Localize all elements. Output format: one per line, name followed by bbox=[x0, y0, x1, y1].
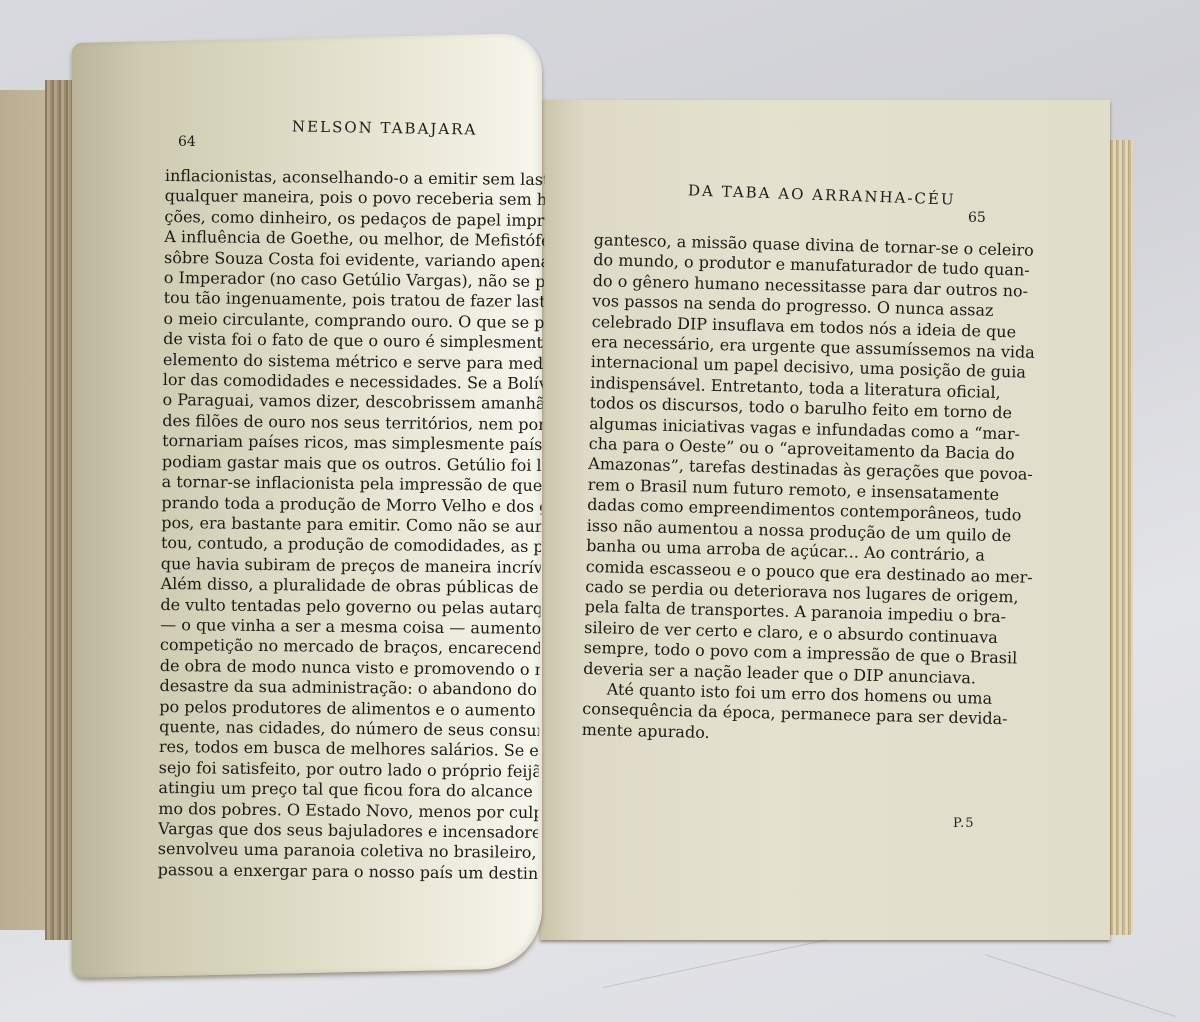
signature-mark: P.5 bbox=[953, 816, 975, 831]
text-line: passou a enxergar para o nosso país um d… bbox=[158, 860, 538, 884]
left-page-body: inflacionistas, aconselhando-o a emitir … bbox=[158, 166, 545, 884]
left-running-head: NELSON TABAJARA bbox=[292, 117, 478, 138]
right-page-number: 65 bbox=[968, 210, 986, 226]
right-page-body: gantesco, a missão quase divina de torna… bbox=[582, 230, 984, 750]
surface-crack bbox=[603, 933, 858, 988]
left-page-number: 64 bbox=[178, 134, 196, 150]
surface-crack bbox=[985, 954, 1176, 1017]
